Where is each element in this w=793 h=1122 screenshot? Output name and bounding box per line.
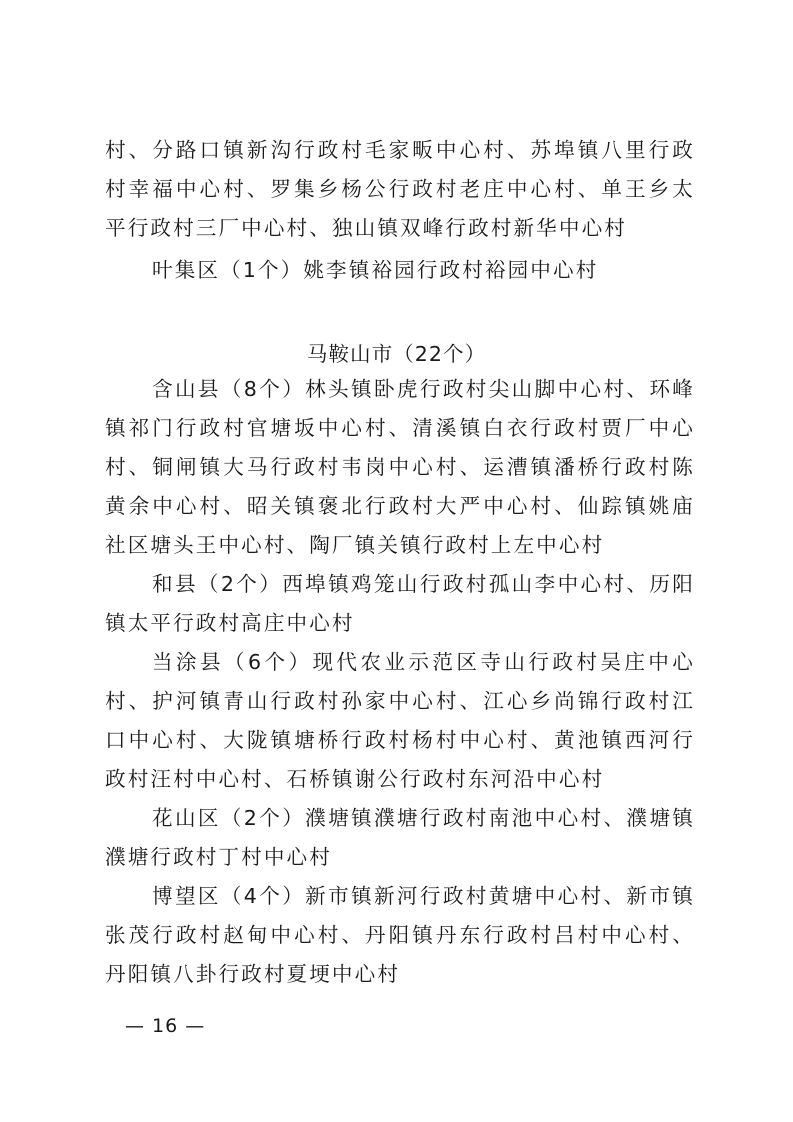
paragraph-dangtu-county: 当涂县（6个）现代农业示范区寺山行政村吴庄中心村、护河镇青山行政村孙家中心村、江… (105, 643, 695, 799)
paragraph-hanshan-county: 含山县（8个）林头镇卧虎行政村尖山脚中心村、环峰镇祁门行政村官塘坂中心村、清溪镇… (105, 370, 695, 565)
paragraph-bowang-district: 博望区（4个）新市镇新河行政村黄塘中心村、新市镇张茂行政村赵甸中心村、丹阳镇丹东… (105, 877, 695, 994)
paragraph-huashan-district: 花山区（2个）濮塘镇濮塘行政村南池中心村、濮塘镇濮塘行政村丁村中心村 (105, 799, 695, 877)
page-number: — 16 — (125, 1015, 205, 1037)
paragraph-yeji-district: 叶集区（1个）姚李镇裕园行政村裕园中心村 (105, 251, 695, 290)
paragraph-continued-list: 村、分路口镇新沟行政村毛家畈中心村、苏埠镇八里行政村幸福中心村、罗集乡杨公行政村… (105, 131, 695, 248)
document-page: 村、分路口镇新沟行政村毛家畈中心村、苏埠镇八里行政村幸福中心村、罗集乡杨公行政村… (0, 0, 793, 1122)
previous-section-continuation: 村、分路口镇新沟行政村毛家畈中心村、苏埠镇八里行政村幸福中心村、罗集乡杨公行政村… (105, 131, 695, 290)
section-heading-maanshan: 马鞍山市（22个） (0, 337, 793, 367)
paragraph-he-county: 和县（2个）西埠镇鸡笼山行政村孤山李中心村、历阳镇太平行政村高庄中心村 (105, 565, 695, 643)
maanshan-section-body: 含山县（8个）林头镇卧虎行政村尖山脚中心村、环峰镇祁门行政村官塘坂中心村、清溪镇… (105, 370, 695, 994)
